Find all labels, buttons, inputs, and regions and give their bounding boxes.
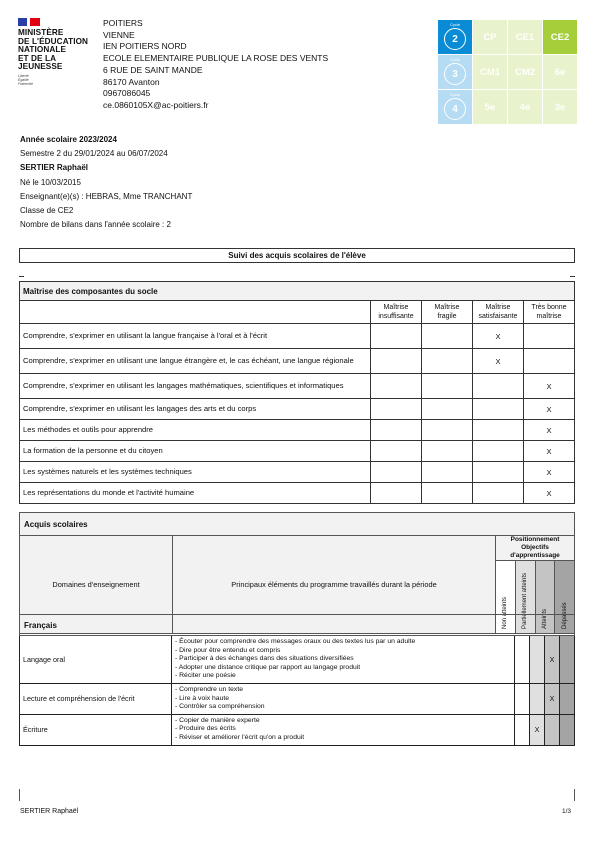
socle-heading: Maîtrise des composantes du socle bbox=[20, 282, 575, 301]
mark-cell bbox=[371, 462, 422, 483]
mark-cell bbox=[371, 420, 422, 441]
francais-heading: Français bbox=[20, 615, 575, 636]
table-row: Comprendre, s'exprimer en utilisant une … bbox=[20, 349, 575, 374]
mark-cell: X bbox=[524, 399, 575, 420]
socle-table: Maîtrise des composantes du socle Maîtri… bbox=[19, 281, 575, 504]
mark-cell bbox=[473, 374, 524, 399]
semester: Semestre 2 du 29/01/2024 au 06/07/2024 bbox=[20, 147, 192, 161]
table-row: Lecture et compréhension de l'écrit- Com… bbox=[20, 683, 575, 714]
french-flag-icon bbox=[18, 18, 40, 26]
student-info: Année scolaire 2023/2024 Semestre 2 du 2… bbox=[20, 133, 192, 232]
city: 86170 Avanton bbox=[103, 77, 328, 89]
domain-label: Écriture bbox=[20, 714, 172, 745]
table-continuation bbox=[19, 789, 575, 801]
mark-cell bbox=[473, 483, 524, 504]
cycle-number: 3 bbox=[444, 63, 466, 85]
mark-cell bbox=[371, 349, 422, 374]
mark-cell bbox=[560, 683, 575, 714]
col-satisfaisante: Maîtrise satisfaisante bbox=[473, 301, 524, 324]
cycle-3: Cycle3 bbox=[438, 55, 472, 89]
cycle-label: Cycle bbox=[450, 57, 460, 62]
mark-cell: X bbox=[473, 349, 524, 374]
academy: POITIERS bbox=[103, 18, 328, 30]
level-5e: 5e bbox=[473, 90, 507, 124]
mark-cell bbox=[473, 462, 524, 483]
mark-cell bbox=[371, 399, 422, 420]
mark-cell bbox=[473, 399, 524, 420]
table-row: Comprendre, s'exprimer en utilisant la l… bbox=[20, 324, 575, 349]
mark-cell bbox=[545, 714, 560, 745]
page-number: 1/3 bbox=[562, 808, 571, 815]
mark-cell bbox=[515, 714, 530, 745]
level-ce2: CE2 bbox=[543, 20, 577, 54]
mark-cell bbox=[371, 324, 422, 349]
mark-cell bbox=[473, 420, 524, 441]
department: VIENNE bbox=[103, 30, 328, 42]
program-items: - Écouter pour comprendre des messages o… bbox=[172, 636, 515, 684]
cycle-2: Cycle2 bbox=[438, 20, 472, 54]
domain-label: Langage oral bbox=[20, 636, 172, 684]
class: Classe de CE2 bbox=[20, 204, 192, 218]
mark-cell bbox=[515, 683, 530, 714]
mark-cell: X bbox=[545, 683, 560, 714]
table-row: Écriture- Copier de manière experte- Pro… bbox=[20, 714, 575, 745]
program-items: - Copier de manière experte- Produire de… bbox=[172, 714, 515, 745]
cycle-label: Cycle bbox=[450, 92, 460, 97]
level-cm2: CM2 bbox=[508, 55, 542, 89]
cycle-4: Cycle4 bbox=[438, 90, 472, 124]
table-row: Les systèmes naturels et les systèmes te… bbox=[20, 462, 575, 483]
mark-cell bbox=[530, 683, 545, 714]
street: 6 RUE DE SAINT MANDE bbox=[103, 65, 328, 77]
col-insuffisante: Maîtrise insuffisante bbox=[371, 301, 422, 324]
level-cp: CP bbox=[473, 20, 507, 54]
motto: Liberté Égalité Fraternité bbox=[18, 74, 98, 86]
mark-cell bbox=[530, 636, 545, 684]
mark-cell: X bbox=[524, 420, 575, 441]
cycle-label: Cycle bbox=[450, 22, 460, 27]
table-row: Les méthodes et outils pour apprendreX bbox=[20, 420, 575, 441]
mark-cell bbox=[422, 349, 473, 374]
table-row: Les représentations du monde et l'activi… bbox=[20, 483, 575, 504]
mark-cell bbox=[371, 374, 422, 399]
school-name: ECOLE ELEMENTAIRE PUBLIQUE LA ROSE DES V… bbox=[103, 53, 328, 65]
mark-cell bbox=[422, 399, 473, 420]
cycle-number: 4 bbox=[444, 98, 466, 120]
level-6e: 6e bbox=[543, 55, 577, 89]
phone: 0967086045 bbox=[103, 88, 328, 100]
level-3e: 3e bbox=[543, 90, 577, 124]
ministry-logo: MINISTÈRE DE L'ÉDUCATION NATIONALE ET DE… bbox=[18, 18, 98, 86]
mark-cell bbox=[422, 374, 473, 399]
ministry-name: MINISTÈRE DE L'ÉDUCATION NATIONALE ET DE… bbox=[18, 29, 98, 72]
competence-label: Les systèmes naturels et les systèmes te… bbox=[20, 462, 371, 483]
mark-cell bbox=[422, 324, 473, 349]
competence-label: Comprendre, s'exprimer en utilisant une … bbox=[20, 349, 371, 374]
cycle-number: 2 bbox=[444, 28, 466, 50]
table-row: Comprendre, s'exprimer en utilisant les … bbox=[20, 374, 575, 399]
mark-cell bbox=[524, 349, 575, 374]
mark-cell: X bbox=[524, 462, 575, 483]
teachers: Enseignant(e)(s) : HEBRAS, Mme TRANCHANT bbox=[20, 190, 192, 204]
student-name: SERTIER Raphaël bbox=[20, 161, 192, 175]
bilans-count: Nombre de bilans dans l'année scolaire :… bbox=[20, 218, 192, 232]
cycle-grid: Cycle2CPCE1CE2Cycle3CM1CM26eCycle45e4e3e bbox=[438, 20, 577, 124]
mark-cell: X bbox=[545, 636, 560, 684]
table-row: Comprendre, s'exprimer en utilisant les … bbox=[20, 399, 575, 420]
mark-cell bbox=[524, 324, 575, 349]
mark-cell bbox=[473, 441, 524, 462]
competence-label: La formation de la personne et du citoye… bbox=[20, 441, 371, 462]
school-address: POITIERS VIENNE IEN POITIERS NORD ECOLE … bbox=[103, 18, 328, 112]
table-row: La formation de la personne et du citoye… bbox=[20, 441, 575, 462]
domain-label: Lecture et compréhension de l'écrit bbox=[20, 683, 172, 714]
footer-name: SERTIER Raphaël bbox=[20, 808, 78, 815]
mark-cell: X bbox=[524, 374, 575, 399]
competence-label: Comprendre, s'exprimer en utilisant la l… bbox=[20, 324, 371, 349]
mark-cell: X bbox=[524, 483, 575, 504]
mark-cell: X bbox=[524, 441, 575, 462]
francais-table: Français Langage oral- Écouter pour comp… bbox=[19, 614, 575, 746]
level-cm1: CM1 bbox=[473, 55, 507, 89]
mark-cell bbox=[371, 483, 422, 504]
program-items: - Comprendre un texte- Lire à voix haute… bbox=[172, 683, 515, 714]
col-fragile: Maîtrise fragile bbox=[422, 301, 473, 324]
school-year: Année scolaire 2023/2024 bbox=[20, 133, 192, 147]
mark-cell bbox=[560, 636, 575, 684]
acquis-heading: Acquis scolaires bbox=[20, 513, 575, 536]
mark-cell bbox=[422, 420, 473, 441]
positioning-header: Positionnement Objectifs d'apprentissage bbox=[496, 536, 575, 561]
mark-cell: X bbox=[530, 714, 545, 745]
mark-cell: X bbox=[473, 324, 524, 349]
table-row: Langage oral- Écouter pour comprendre de… bbox=[20, 636, 575, 684]
mark-cell bbox=[422, 483, 473, 504]
birth-date: Né le 10/03/2015 bbox=[20, 176, 192, 190]
mark-cell bbox=[560, 714, 575, 745]
level-4e: 4e bbox=[508, 90, 542, 124]
divider bbox=[19, 276, 24, 277]
competence-label: Comprendre, s'exprimer en utilisant les … bbox=[20, 399, 371, 420]
level-ce1: CE1 bbox=[508, 20, 542, 54]
divider bbox=[570, 276, 575, 277]
mark-cell bbox=[515, 636, 530, 684]
circonscription: IEN POITIERS NORD bbox=[103, 41, 328, 53]
email: ce.0860105X@ac-poitiers.fr bbox=[103, 100, 328, 112]
competence-label: Les méthodes et outils pour apprendre bbox=[20, 420, 371, 441]
competence-label: Les représentations du monde et l'activi… bbox=[20, 483, 371, 504]
competence-label: Comprendre, s'exprimer en utilisant les … bbox=[20, 374, 371, 399]
mark-cell bbox=[422, 462, 473, 483]
col-tres-bonne: Très bonne maîtrise bbox=[524, 301, 575, 324]
mark-cell bbox=[422, 441, 473, 462]
mark-cell bbox=[371, 441, 422, 462]
section-title: Suivi des acquis scolaires de l'élève bbox=[19, 248, 575, 263]
